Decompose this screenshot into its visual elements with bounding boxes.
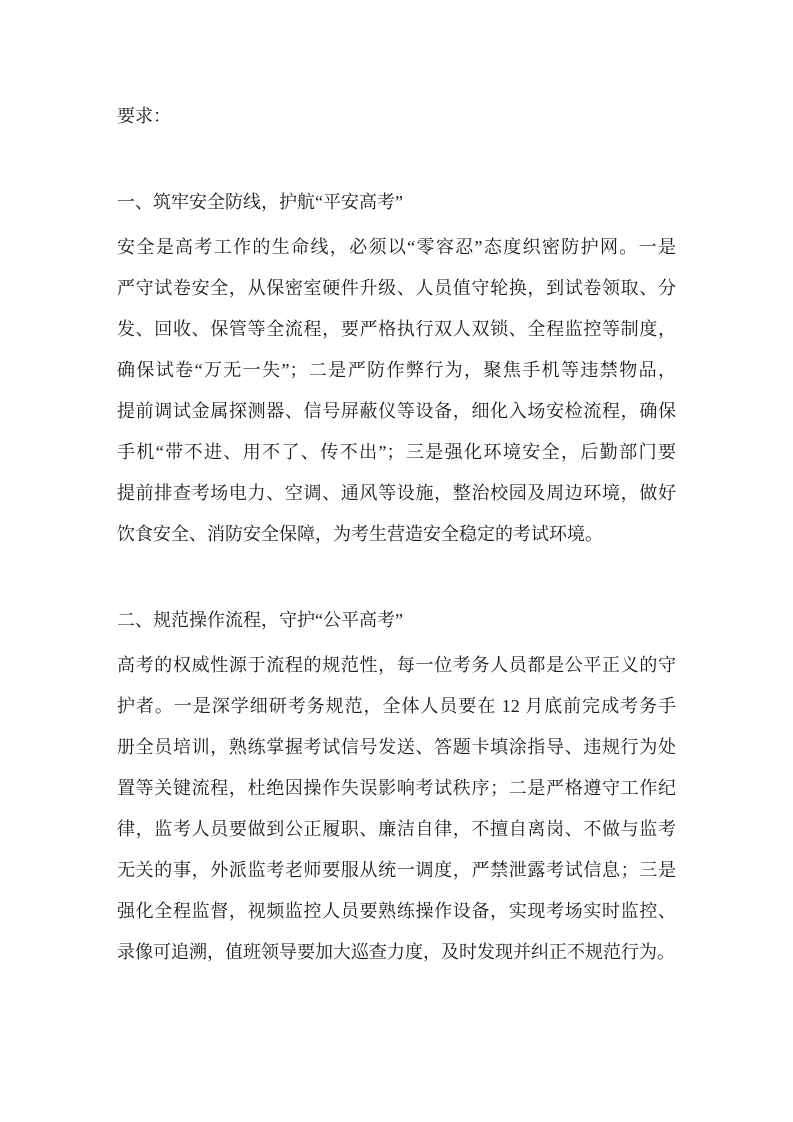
text-line: 高考的权威性源于流程的规范性，每一位考务人员都是公平正义的守 [117, 645, 676, 686]
text-line: 发、回收、保管等全流程，要严格执行双人双锁、全程监控等制度， [117, 309, 676, 350]
text-line: 二、规范操作流程，守护“公平高考” [117, 600, 676, 641]
document-content: 要求：一、筑牢安全防线，护航“平安高考”安全是高考工作的生命线，必须以“零容忍”… [117, 96, 676, 973]
text-line: 确保试卷“万无一失”；二是严防作弊行为，聚焦手机等违禁物品， [117, 350, 676, 391]
text-line: 安全是高考工作的生命线，必须以“零容忍”态度织密防护网。一是 [117, 227, 676, 268]
text-line: 护者。一是深学细研考务规范，全体人员要在 12 月底前完成考务手 [117, 686, 676, 727]
section-2-paragraph: 高考的权威性源于流程的规范性，每一位考务人员都是公平正义的守护者。一是深学细研考… [117, 645, 676, 973]
section-1-heading: 一、筑牢安全防线，护航“平安高考” [117, 182, 676, 223]
text-line: 律，监考人员要做到公正履职、廉洁自律，不擅自离岗、不做与监考 [117, 809, 676, 850]
text-line: 提前排查考场电力、空调、通风等设施，整治校园及周边环境，做好 [117, 473, 676, 514]
text-line: 强化全程监督，视频监控人员要熟练操作设备，实现考场实时监控、 [117, 891, 676, 932]
text-line: 无关的事，外派监考老师要服从统一调度，严禁泄露考试信息；三是 [117, 850, 676, 891]
text-line: 提前调试金属探测器、信号屏蔽仪等设备，细化入场安检流程，确保 [117, 391, 676, 432]
text-line: 册全员培训，熟练掌握考试信号发送、答题卡填涂指导、违规行为处 [117, 727, 676, 768]
text-line: 置等关键流程，杜绝因操作失误影响考试秩序；二是严格遵守工作纪 [117, 768, 676, 809]
text-line: 要求： [117, 96, 676, 137]
section-1-paragraph: 安全是高考工作的生命线，必须以“零容忍”态度织密防护网。一是严守试卷安全，从保密… [117, 227, 676, 555]
document-page: 要求：一、筑牢安全防线，护航“平安高考”安全是高考工作的生命线，必须以“零容忍”… [0, 0, 793, 1122]
text-line: 饮食安全、消防安全保障，为考生营造安全稳定的考试环境。 [117, 514, 676, 555]
text-line: 一、筑牢安全防线，护航“平安高考” [117, 182, 676, 223]
text-line: 手机“带不进、用不了、传不出”；三是强化环境安全，后勤部门要 [117, 432, 676, 473]
requirements-label: 要求： [117, 96, 676, 137]
section-2-heading: 二、规范操作流程，守护“公平高考” [117, 600, 676, 641]
text-line: 录像可追溯，值班领导要加大巡查力度，及时发现并纠正不规范行为。 [117, 932, 676, 973]
text-line: 严守试卷安全，从保密室硬件升级、人员值守轮换，到试卷领取、分 [117, 268, 676, 309]
